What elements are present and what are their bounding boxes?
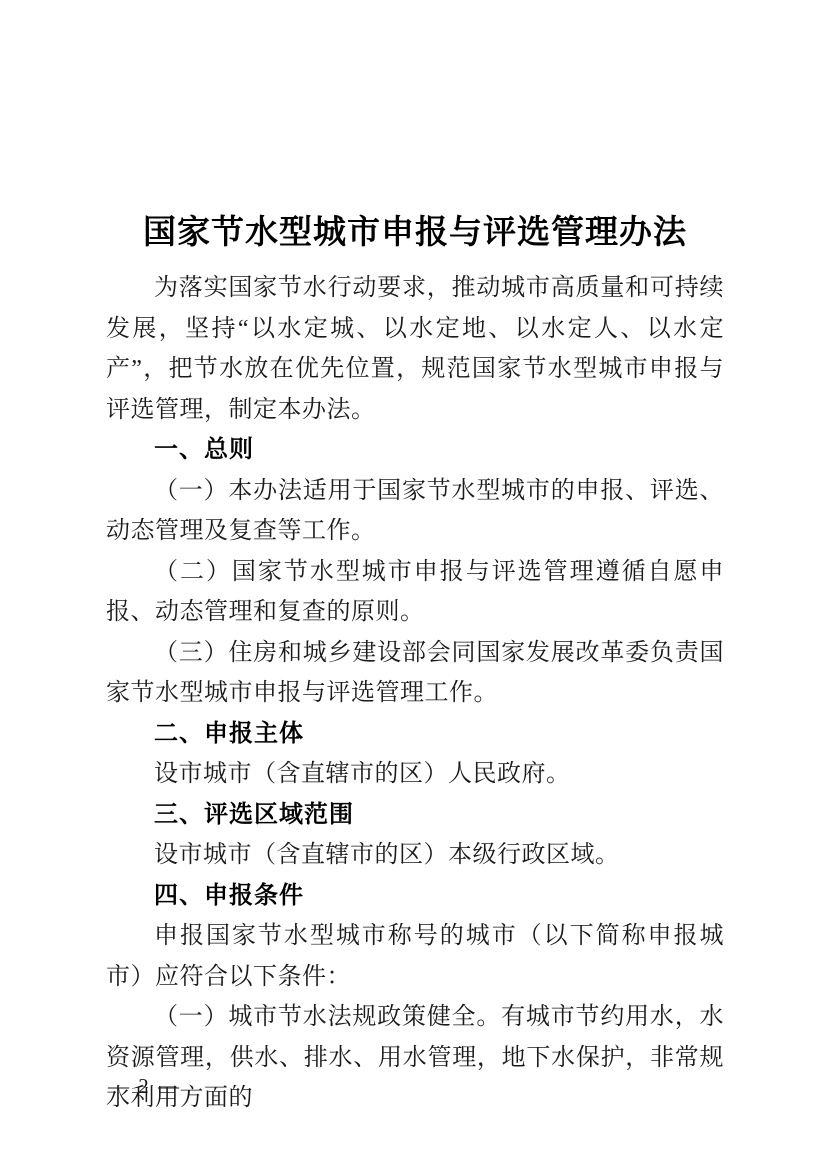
paragraph-2-1: 设市城市（含直辖市的区）人民政府。 bbox=[106, 754, 724, 795]
section-heading-3: 三、评选区域范围 bbox=[106, 795, 724, 836]
paragraph-1-3: （三）住房和城乡建设部会同国家发展改革委负责国家节水型城市申报与评选管理工作。 bbox=[106, 633, 724, 714]
section-heading-1: 一、总则 bbox=[106, 430, 724, 471]
paragraph-4-1: （一）城市节水法规政策健全。有城市节约用水，水资源管理，供水、排水、用水管理，地… bbox=[106, 997, 724, 1119]
paragraph-1-1: （一）本办法适用于国家节水型城市的申报、评选、动态管理及复查等工作。 bbox=[106, 471, 724, 552]
document-title: 国家节水型城市申报与评选管理办法 bbox=[106, 206, 724, 253]
paragraph-1-2: （二）国家节水型城市申报与评选管理遵循自愿申报、动态管理和复查的原则。 bbox=[106, 552, 724, 633]
document-page: 国家节水型城市申报与评选管理办法 为落实国家节水行动要求，推动城市高质量和可持续… bbox=[0, 0, 826, 1169]
page-number: — 2 — bbox=[108, 1074, 181, 1099]
section-heading-2: 二、申报主体 bbox=[106, 714, 724, 755]
paragraph-4-intro: 申报国家节水型城市称号的城市（以下简称申报城市）应符合以下条件： bbox=[106, 916, 724, 997]
paragraph-intro: 为落实国家节水行动要求，推动城市高质量和可持续发展，坚持“以水定城、以水定地、以… bbox=[106, 268, 724, 430]
section-heading-4: 四、申报条件 bbox=[106, 876, 724, 917]
document-body: 为落实国家节水行动要求，推动城市高质量和可持续发展，坚持“以水定城、以水定地、以… bbox=[106, 268, 724, 1119]
paragraph-3-1: 设市城市（含直辖市的区）本级行政区域。 bbox=[106, 835, 724, 876]
